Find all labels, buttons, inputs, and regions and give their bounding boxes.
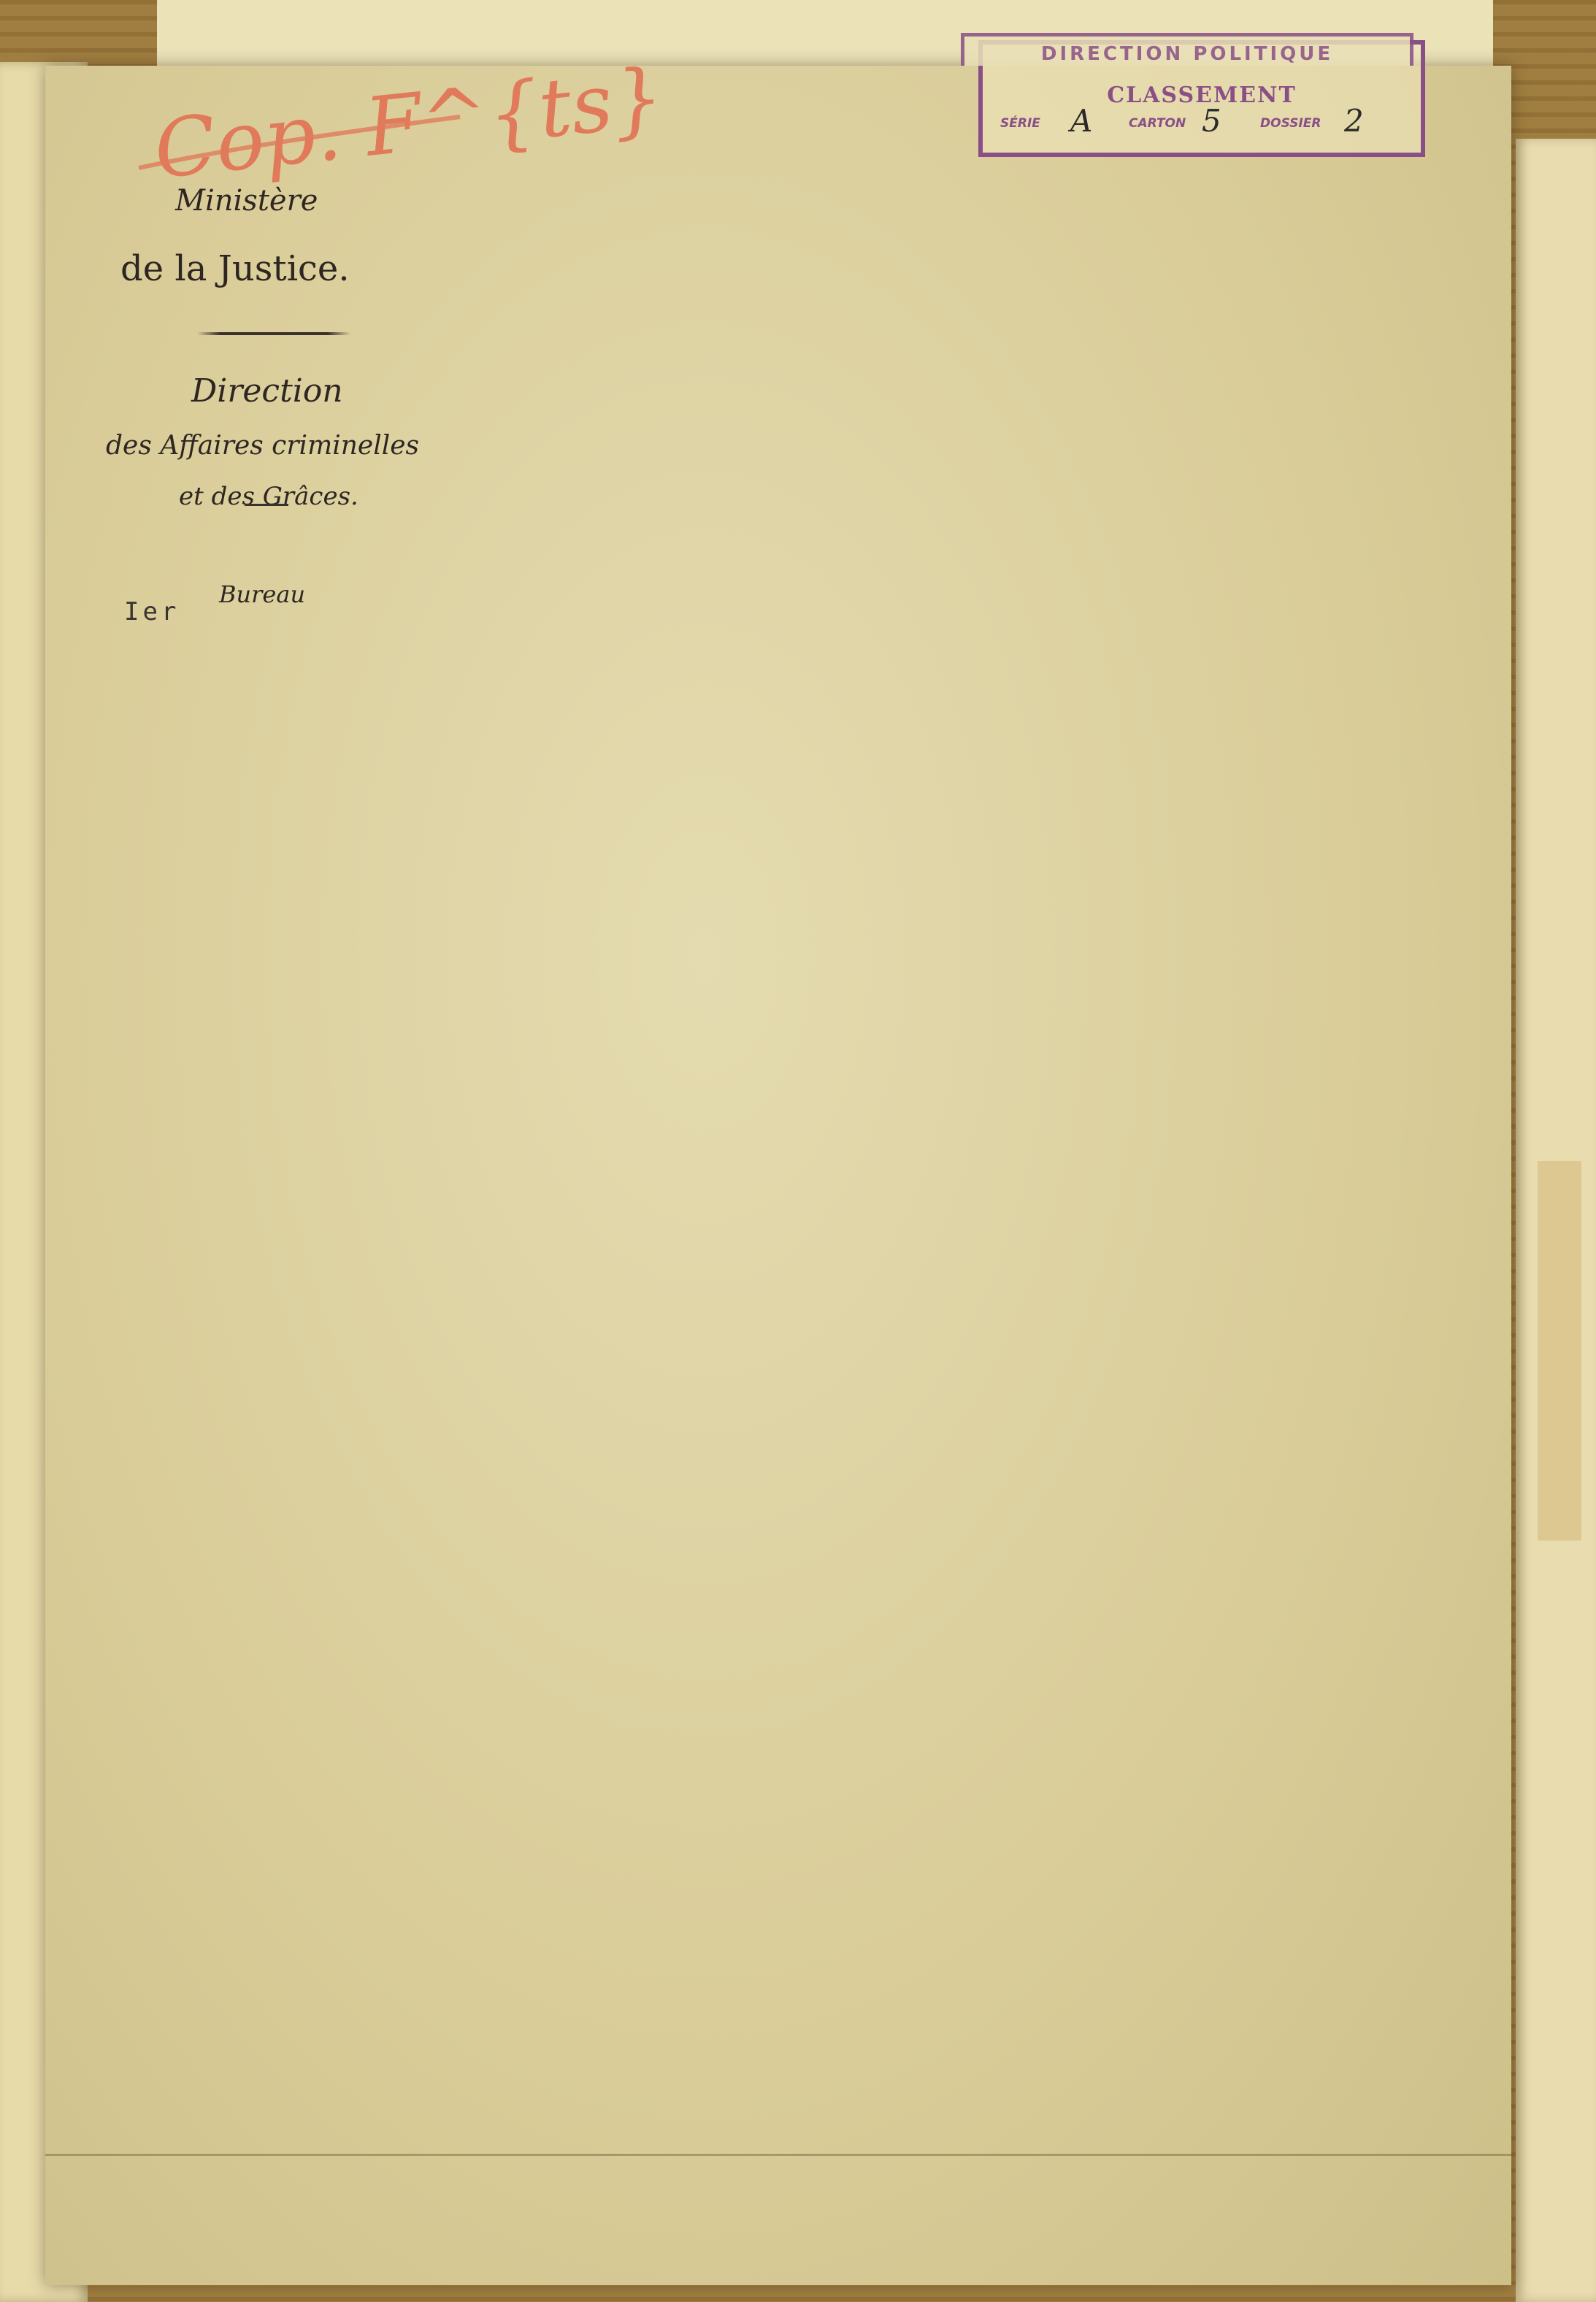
folder-tab: [1538, 1161, 1581, 1541]
ornament-divider: [197, 332, 350, 335]
red-pencil-strike: [131, 88, 467, 175]
stamp-label-dossier: DOSSIER: [1260, 116, 1321, 131]
bureau-label: Bureau: [219, 580, 305, 608]
stamp-value-dossier: 2: [1344, 103, 1364, 139]
classement-stamp-faded-header: DIRECTION POLITIQUE: [961, 33, 1413, 66]
stamp-label-serie: SÉRIE: [1000, 116, 1040, 131]
short-divider: [245, 504, 288, 506]
ministry-line2: de la Justice.: [120, 248, 350, 289]
stamp-value-serie: A: [1070, 103, 1092, 139]
stamp-label-carton: CARTON: [1129, 116, 1186, 131]
direction-line3: et des Grâces.: [179, 482, 358, 511]
direction-title: Direction: [191, 372, 343, 410]
stamp-value-carton: 5: [1202, 103, 1221, 139]
classement-stamp: DIRECTION POLITIQUE CLASSEMENT SÉRIE A C…: [978, 40, 1425, 157]
fold-line: [45, 2154, 1511, 2156]
direction-line2: des Affaires criminelles: [106, 431, 419, 461]
ministry-line1: Ministère: [175, 184, 318, 218]
